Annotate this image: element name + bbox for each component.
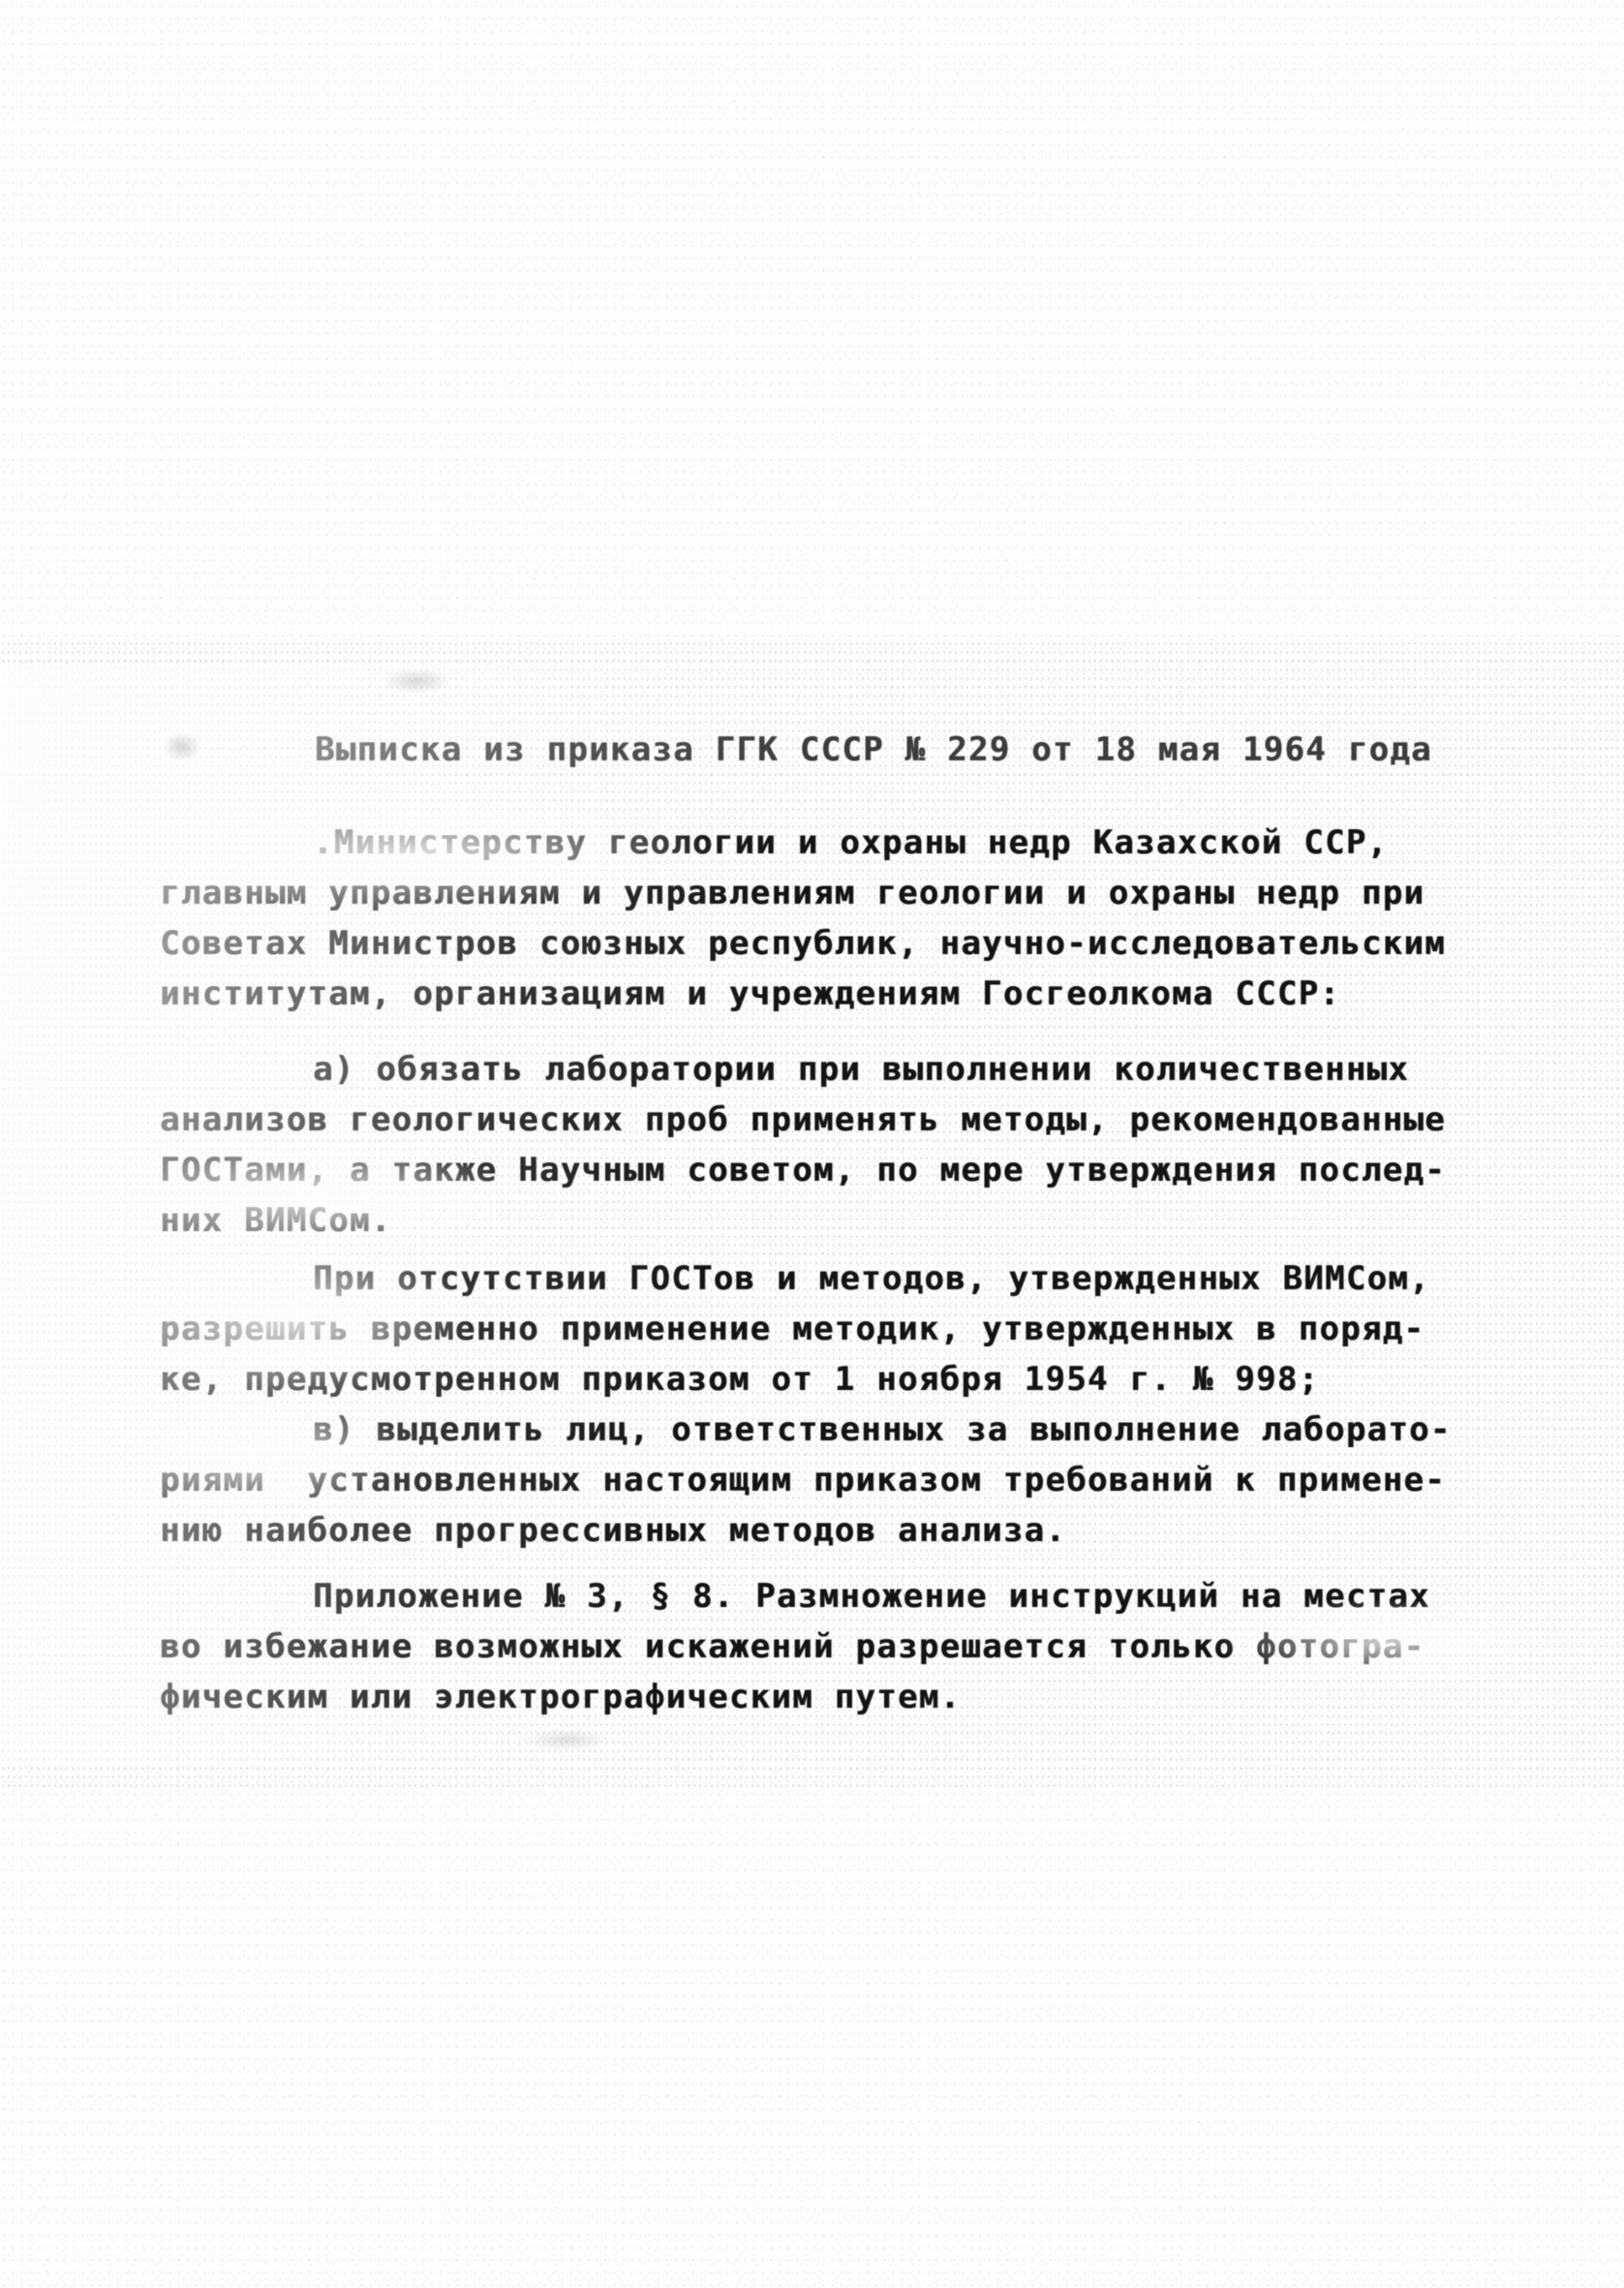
paragraph-annex: Приложение № 3, § 8. Размножение инструк… (160, 1571, 1477, 1722)
text-line: нию наиболее прогрессивных методов анали… (160, 1505, 1477, 1556)
text-line: разрешить временно применение методик, у… (160, 1304, 1477, 1354)
text-line: институтам, организациям и учреждениям Г… (160, 969, 1477, 1019)
text-line: главным управлениям и управлениям геолог… (160, 868, 1477, 918)
text-line: а) обязать лаборатории при выполнении ко… (160, 1044, 1477, 1095)
text-line: них ВИМСом. (160, 1195, 1477, 1246)
paragraph-item-v: в) выделить лиц, ответственных за выполн… (160, 1405, 1477, 1556)
paragraph-item-a: а) обязать лаборатории при выполнении ко… (160, 1044, 1477, 1246)
text-line: ке, предусмотренном приказом от 1 ноября… (160, 1354, 1477, 1405)
ink-smudge (383, 668, 450, 694)
text-line: Советах Министров союзных республик, нау… (160, 918, 1477, 969)
ink-smudge (523, 1729, 610, 1750)
text-line: фическим или электрографическим путем. (160, 1672, 1477, 1722)
text-line: При отсутствии ГОСТов и методов, утвержд… (160, 1253, 1477, 1304)
paragraph-addressees: .Министерству геологии и охраны недр Каз… (160, 818, 1477, 1019)
document-title: Выписка из приказа ГГК СССР № 229 от 18 … (160, 725, 1477, 775)
typewritten-text-block: Выписка из приказа ГГК СССР № 229 от 18 … (160, 725, 1477, 1722)
text-line: во избежание возможных искажений разреша… (160, 1622, 1477, 1672)
text-line: Приложение № 3, § 8. Размножение инструк… (160, 1571, 1477, 1622)
text-line: ГОСТами, а также Научным советом, по мер… (160, 1145, 1477, 1195)
scanned-document-page: Выписка из приказа ГГК СССР № 229 от 18 … (0, 0, 1624, 2288)
text-line: в) выделить лиц, ответственных за выполн… (160, 1405, 1477, 1455)
text-line: анализов геологических проб применять ме… (160, 1095, 1477, 1145)
text-line: .Министерству геологии и охраны недр Каз… (160, 818, 1477, 868)
paragraph-gost-absence: При отсутствии ГОСТов и методов, утвержд… (160, 1253, 1477, 1405)
text-line: риями установленных настоящим приказом т… (160, 1455, 1477, 1505)
